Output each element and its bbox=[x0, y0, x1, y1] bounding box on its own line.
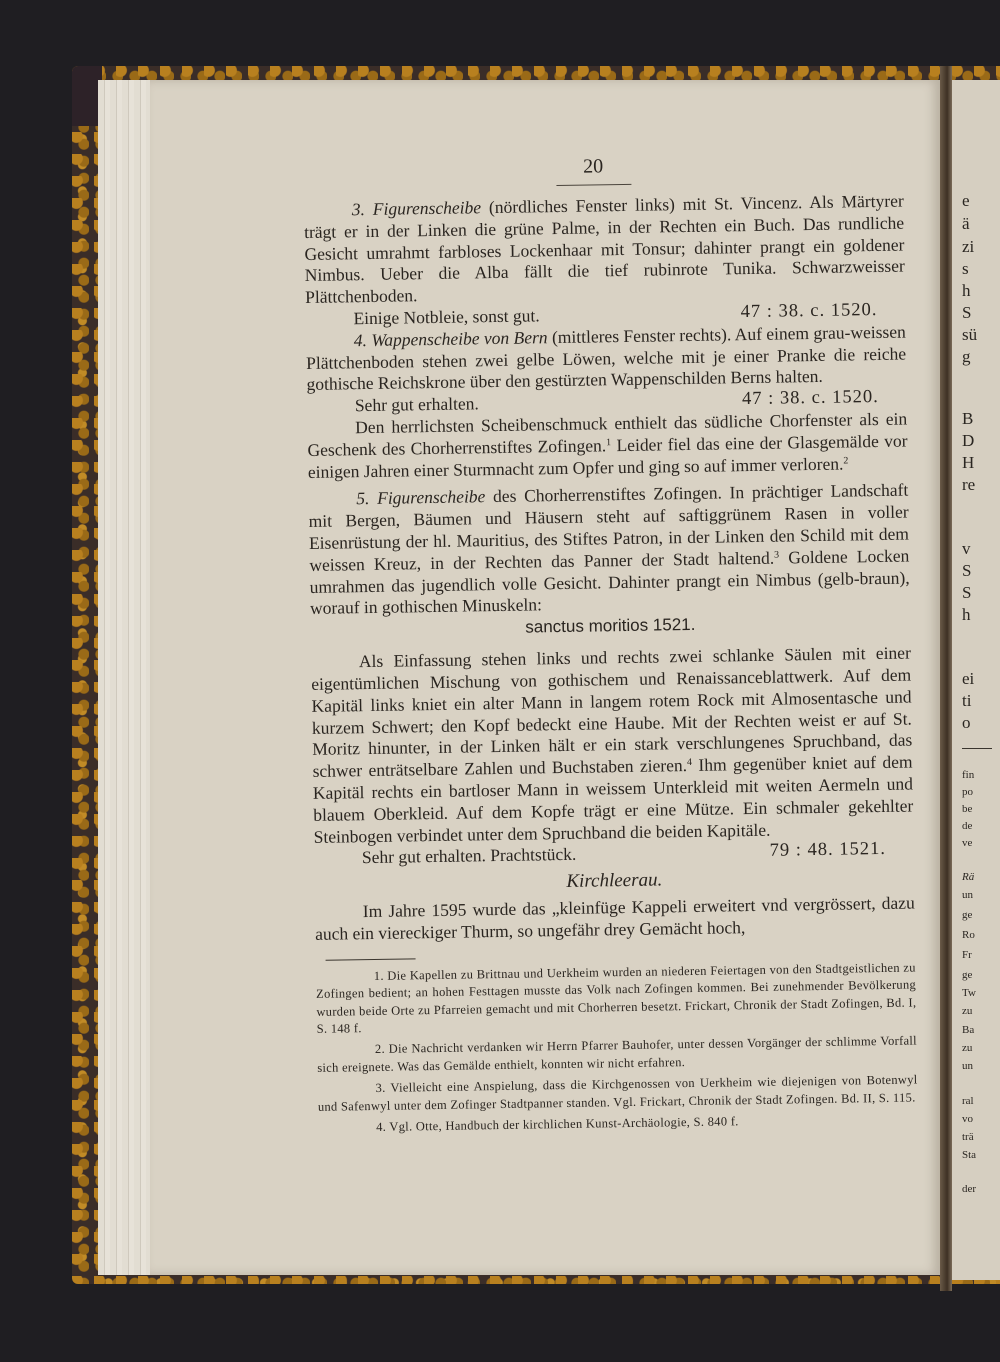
next-page-footnote-fragment: fin bbox=[962, 770, 974, 781]
next-page-fragment: B bbox=[962, 410, 973, 427]
next-page-footnote-fragment: vo bbox=[962, 1114, 973, 1125]
next-page-fragment: H bbox=[962, 454, 974, 471]
next-page-fragment: S bbox=[962, 304, 971, 321]
next-page-footnote-fragment: Sta bbox=[962, 1150, 976, 1161]
next-page-rule bbox=[962, 748, 992, 749]
next-page-footnote-fragment: ge bbox=[962, 910, 972, 921]
next-page-fragment: o bbox=[962, 714, 971, 731]
next-page-fragment: s bbox=[962, 260, 969, 277]
next-page-footnote-fragment: Tw bbox=[962, 988, 976, 999]
entry-3-condition: Einige Notbleie, sonst gut. bbox=[353, 305, 539, 330]
footnote-rule bbox=[326, 958, 416, 960]
paragraph-chorfenster: Den herrlichsten Scheibenschmuck enthiel… bbox=[307, 409, 908, 484]
next-page-footnote-fragment: Ro bbox=[962, 930, 975, 941]
page-stack-edge bbox=[98, 80, 151, 1275]
next-page-footnote-fragment: ve bbox=[962, 838, 972, 849]
next-page-fragment: ti bbox=[962, 692, 971, 709]
next-page-fragment: re bbox=[962, 476, 975, 493]
next-page-footnote-fragment: der bbox=[962, 1184, 976, 1195]
page-number-rule bbox=[556, 184, 631, 186]
paragraph-kirchleerau: Im Jahre 1595 wurde das „kleinfüge Kappe… bbox=[315, 893, 916, 946]
next-page-fragment: S bbox=[962, 584, 971, 601]
next-page-footnote-fragment: Ba bbox=[962, 1025, 974, 1036]
next-page-partial: e ä zi s h S sü g B D H re v S S h ei ti… bbox=[952, 80, 1000, 1280]
entry-4-condition: Sehr gut erhalten. bbox=[355, 393, 479, 417]
footnote-2: 2. Die Nachricht verdanken wir Herrn Pfa… bbox=[317, 1033, 917, 1077]
footnote-4: 4. Vgl. Otte, Handbuch der kirchlichen K… bbox=[318, 1110, 918, 1137]
entry-4-label: 4. Wappenscheibe von Bern bbox=[354, 327, 548, 350]
next-page-fragment: h bbox=[962, 606, 971, 623]
entry-4-dimensions: 47 : 38. c. 1520. bbox=[742, 387, 879, 411]
next-page-fragment: ei bbox=[962, 670, 974, 687]
next-page-footnote-fragment: un bbox=[962, 1061, 973, 1072]
next-page-fragment: v bbox=[962, 540, 971, 557]
entry-5: 5. Figurenscheibe des Chorherrenstiftes … bbox=[308, 480, 910, 620]
next-page-footnote-fragment: be bbox=[962, 804, 972, 815]
next-page-fragment: sü bbox=[962, 326, 977, 343]
next-page-footnote-fragment: un bbox=[962, 890, 973, 901]
next-page-footnote-fragment: ral bbox=[962, 1096, 974, 1107]
next-page-footnote-fragment: de bbox=[962, 821, 972, 832]
next-page-footnote-fragment: po bbox=[962, 787, 973, 798]
next-page-fragment: D bbox=[962, 432, 974, 449]
next-page-fragment: g bbox=[962, 348, 971, 365]
next-page-fragment: S bbox=[962, 562, 971, 579]
footnote-1: 1. Die Kapellen zu Brittnau und Uerkheim… bbox=[316, 959, 917, 1038]
paragraph-einfassung: Als Einfassung stehen links und rechts z… bbox=[311, 643, 914, 849]
footnote-ref-2[interactable]: 2 bbox=[843, 455, 848, 466]
next-page-footnote-fragment: Rä bbox=[962, 872, 974, 883]
next-page-footnote-fragment: trä bbox=[962, 1132, 974, 1143]
next-page-fragment: zi bbox=[962, 238, 974, 255]
next-page-fragment: ä bbox=[962, 215, 970, 232]
einfassung-condition: Sehr gut erhalten. Prachtstück. bbox=[362, 844, 577, 869]
page-content: 20 3. Figurenscheibe (nördliches Fenster… bbox=[303, 151, 918, 1142]
next-page-fragment: e bbox=[962, 192, 970, 209]
entry-3-label: 3. Figurenscheibe bbox=[352, 197, 482, 219]
footnote-3: 3. Vielleicht eine Anspielung, dass die … bbox=[317, 1072, 917, 1116]
einfassung-dimensions: 79 : 48. 1521. bbox=[769, 839, 886, 863]
next-page-fragment: h bbox=[962, 282, 971, 299]
book-gutter bbox=[940, 66, 952, 1291]
entry-4: 4. Wappenscheibe von Bern (mittleres Fen… bbox=[306, 321, 907, 396]
entry-5-label: 5. Figurenscheibe bbox=[356, 487, 485, 509]
next-page-footnote-fragment: Fr bbox=[962, 950, 972, 961]
next-page-footnote-fragment: ge bbox=[962, 970, 972, 981]
entry-3-dimensions: 47 : 38. c. 1520. bbox=[741, 300, 878, 324]
entry-3: 3. Figurenscheibe (nördliches Fenster li… bbox=[304, 191, 906, 309]
next-page-footnote-fragment: zu bbox=[962, 1006, 972, 1017]
next-page-footnote-fragment: zu bbox=[962, 1043, 972, 1054]
